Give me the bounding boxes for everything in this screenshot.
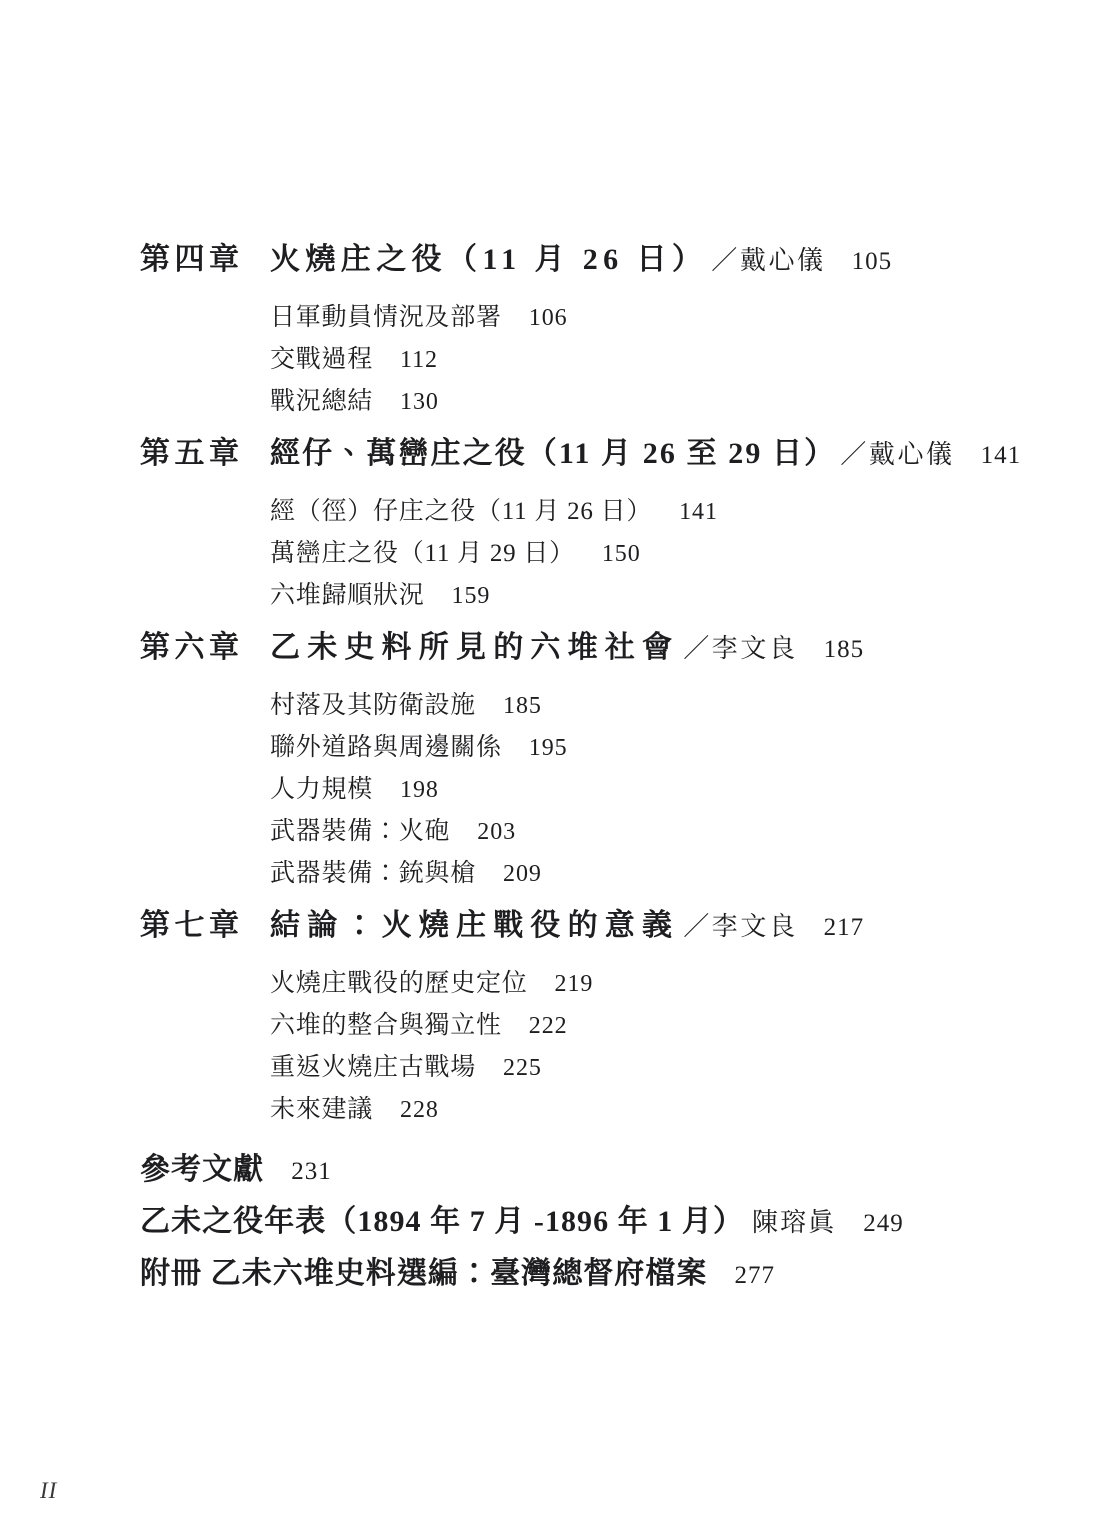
- section-title: 未來建議: [270, 1096, 373, 1123]
- section-title: 聯外道路與周邊關係: [270, 734, 502, 761]
- section-item: 萬巒庄之役（11 月 29 日）150: [270, 533, 1040, 575]
- chapter-heading: 第六章 乙未史料所見的六堆社會 ／李文良 185: [140, 631, 1040, 667]
- section-page-number: 130: [400, 389, 439, 415]
- chapter-title: 經仔、萬巒庄之役（11 月 26 至 29 日）: [270, 437, 836, 471]
- table-of-contents: 第四章 火燒庄之役（11 月 26 日） ／戴心儀 105 日軍動員情況及部署1…: [140, 243, 1040, 1301]
- section-title: 武器裝備：銃與槍: [270, 860, 476, 887]
- chapter-title: 乙未史料所見的六堆社會: [270, 631, 679, 665]
- chapter-number: 第七章: [140, 909, 270, 943]
- section-item: 六堆的整合與獨立性222: [270, 1005, 1040, 1047]
- section-item: 武器裝備：銃與槍209: [270, 853, 1040, 895]
- section-page-number: 141: [679, 499, 718, 525]
- toc-page: 第四章 火燒庄之役（11 月 26 日） ／戴心儀 105 日軍動員情況及部署1…: [0, 0, 1108, 1514]
- section-item: 火燒庄戰役的歷史定位219: [270, 963, 1040, 1005]
- chapter-page-number: 105: [852, 245, 893, 279]
- chapter-page-number: 217: [824, 911, 865, 945]
- section-item: 重返火燒庄古戰場225: [270, 1047, 1040, 1089]
- back-matter-page-number: 277: [734, 1262, 775, 1289]
- chapter-heading: 第五章 經仔、萬巒庄之役（11 月 26 至 29 日） ／戴心儀 141: [140, 437, 1040, 473]
- chapter-page-number: 185: [824, 633, 865, 667]
- chapter-entry-6: 第六章 乙未史料所見的六堆社會 ／李文良 185 村落及其防衛設施185 聯外道…: [140, 631, 1040, 895]
- section-page-number: 219: [555, 971, 594, 997]
- section-title: 日軍動員情況及部署: [270, 304, 502, 331]
- section-title: 六堆歸順狀況: [270, 582, 425, 609]
- back-matter-title: 參考文獻: [140, 1153, 264, 1186]
- section-title: 武器裝備：火砲: [270, 818, 450, 845]
- chapter-number: 第六章: [140, 631, 270, 665]
- chapter-author: ／李文良: [683, 632, 797, 666]
- chapter-page-number: 141: [981, 439, 1022, 473]
- chapter-title: 火燒庄之役（11 月 26 日）: [270, 243, 707, 277]
- section-item: 武器裝備：火砲203: [270, 811, 1040, 853]
- section-page-number: 225: [503, 1055, 542, 1081]
- section-list: 經（徑）仔庄之役（11 月 26 日）141 萬巒庄之役（11 月 29 日）1…: [140, 491, 1040, 617]
- chapter-title: 結論：火燒庄戰役的意義: [270, 909, 679, 943]
- section-list: 火燒庄戰役的歷史定位219 六堆的整合與獨立性222 重返火燒庄古戰場225 未…: [140, 963, 1040, 1131]
- section-title: 重返火燒庄古戰場: [270, 1054, 476, 1081]
- section-item: 村落及其防衛設施185: [270, 685, 1040, 727]
- chapter-author: ／李文良: [683, 910, 797, 944]
- back-matter-row-chronology: 乙未之役年表（1894 年 7 月 -1896 年 1 月）陳瑢眞249: [140, 1197, 1040, 1249]
- section-title: 六堆的整合與獨立性: [270, 1012, 502, 1039]
- section-item: 戰況總結130: [270, 381, 1040, 423]
- section-item: 未來建議228: [270, 1089, 1040, 1131]
- section-title: 人力規模: [270, 776, 373, 803]
- page-number-folio: II: [40, 1478, 57, 1504]
- section-page-number: 195: [529, 735, 568, 761]
- section-page-number: 185: [503, 693, 542, 719]
- chapter-number: 第五章: [140, 437, 270, 471]
- section-title: 戰況總結: [270, 388, 373, 415]
- section-title: 交戰過程: [270, 346, 373, 373]
- back-matter-row-references: 參考文獻231: [140, 1145, 1040, 1197]
- section-item: 日軍動員情況及部署106: [270, 297, 1040, 339]
- back-matter-page-number: 231: [291, 1158, 332, 1185]
- section-list: 日軍動員情況及部署106 交戰過程112 戰況總結130: [140, 297, 1040, 423]
- section-page-number: 106: [529, 305, 568, 331]
- chapter-entry-5: 第五章 經仔、萬巒庄之役（11 月 26 至 29 日） ／戴心儀 141 經（…: [140, 437, 1040, 617]
- back-matter-author: 陳瑢眞: [752, 1208, 836, 1237]
- section-page-number: 150: [602, 541, 641, 567]
- back-matter-title: 附冊 乙未六堆史料選編：臺灣總督府檔案: [140, 1257, 707, 1290]
- chapter-heading: 第七章 結論：火燒庄戰役的意義 ／李文良 217: [140, 909, 1040, 945]
- section-page-number: 203: [477, 819, 516, 845]
- back-matter-page-number: 249: [863, 1210, 904, 1237]
- back-matter: 參考文獻231 乙未之役年表（1894 年 7 月 -1896 年 1 月）陳瑢…: [140, 1145, 1040, 1301]
- back-matter-row-appendix: 附冊 乙未六堆史料選編：臺灣總督府檔案277: [140, 1249, 1040, 1301]
- section-page-number: 159: [452, 583, 491, 609]
- section-title: 萬巒庄之役（11 月 29 日）: [270, 540, 575, 567]
- chapter-number: 第四章: [140, 243, 270, 277]
- chapter-author: ／戴心儀: [711, 244, 825, 278]
- section-list: 村落及其防衛設施185 聯外道路與周邊關係195 人力規模198 武器裝備：火砲…: [140, 685, 1040, 895]
- section-page-number: 209: [503, 861, 542, 887]
- section-title: 火燒庄戰役的歷史定位: [270, 970, 528, 997]
- chapter-heading: 第四章 火燒庄之役（11 月 26 日） ／戴心儀 105: [140, 243, 1040, 279]
- back-matter-title: 乙未之役年表（1894 年 7 月 -1896 年 1 月）: [140, 1205, 744, 1238]
- section-page-number: 198: [400, 777, 439, 803]
- section-item: 交戰過程112: [270, 339, 1040, 381]
- chapter-entry-7: 第七章 結論：火燒庄戰役的意義 ／李文良 217 火燒庄戰役的歷史定位219 六…: [140, 909, 1040, 1131]
- chapter-entry-4: 第四章 火燒庄之役（11 月 26 日） ／戴心儀 105 日軍動員情況及部署1…: [140, 243, 1040, 423]
- section-item: 經（徑）仔庄之役（11 月 26 日）141: [270, 491, 1040, 533]
- section-title: 經（徑）仔庄之役（11 月 26 日）: [270, 498, 652, 525]
- chapter-author: ／戴心儀: [840, 438, 954, 472]
- section-page-number: 228: [400, 1097, 439, 1123]
- section-item: 聯外道路與周邊關係195: [270, 727, 1040, 769]
- section-page-number: 222: [529, 1013, 568, 1039]
- section-item: 六堆歸順狀況159: [270, 575, 1040, 617]
- section-page-number: 112: [400, 347, 438, 373]
- section-item: 人力規模198: [270, 769, 1040, 811]
- section-title: 村落及其防衛設施: [270, 692, 476, 719]
